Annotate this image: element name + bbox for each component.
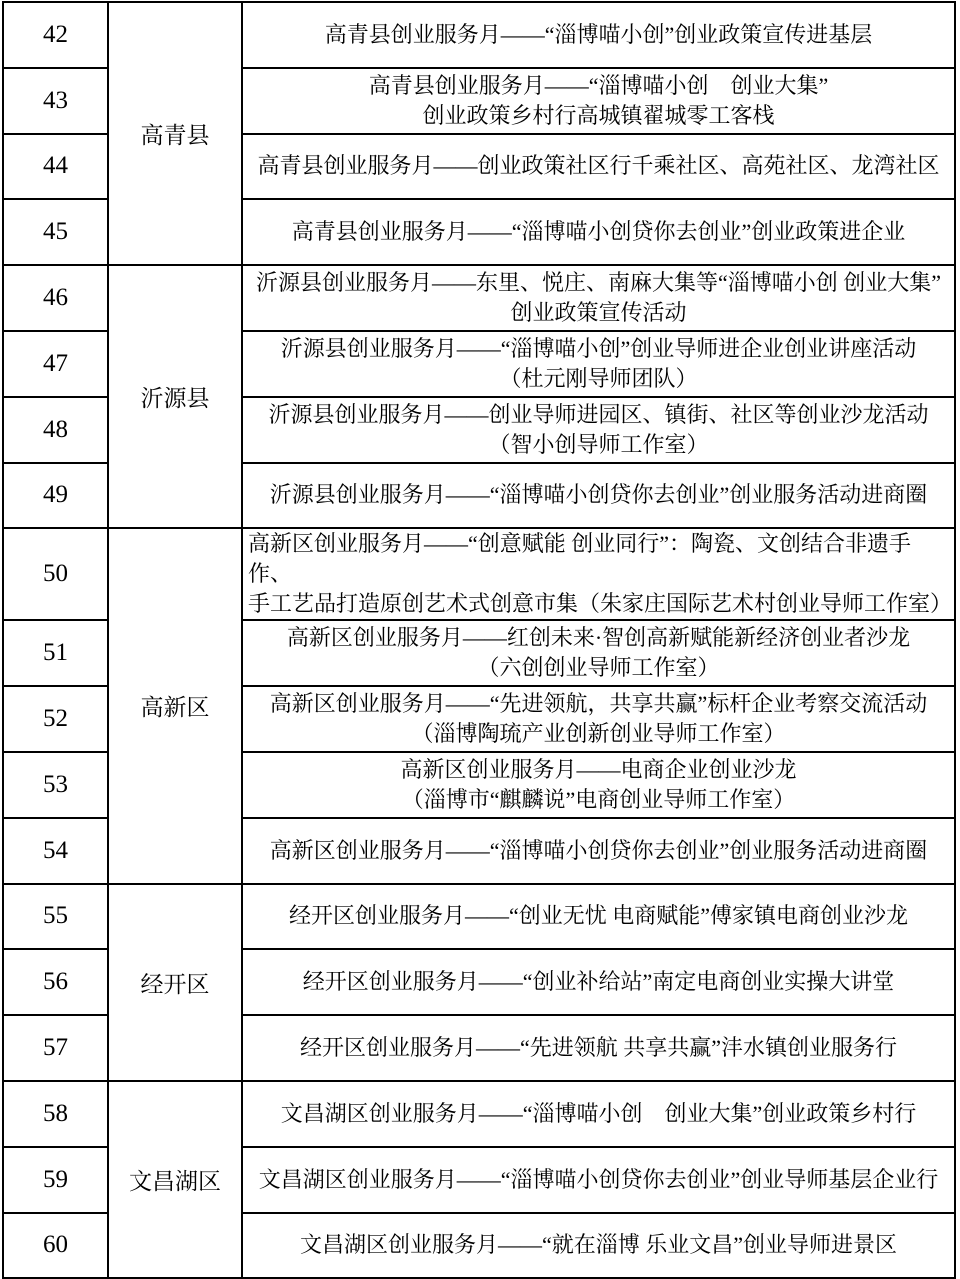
row-number: 55 xyxy=(3,884,108,950)
activity-cell: 高新区创业服务月——“创意赋能 创业同行”：陶瓷、文创结合非遗手作、 手工艺品打… xyxy=(242,528,955,620)
row-number: 47 xyxy=(3,331,108,397)
activity-cell: 经开区创业服务月——“创业无忧 电商赋能”傅家镇电商创业沙龙 xyxy=(242,884,955,950)
activity-cell: 经开区创业服务月——“创业补给站”南定电商创业实操大讲堂 xyxy=(242,949,955,1015)
row-number: 58 xyxy=(3,1081,108,1147)
activity-cell: 文昌湖区创业服务月——“就在淄博 乐业文昌”创业导师进景区 xyxy=(242,1213,955,1279)
activity-cell: 文昌湖区创业服务月——“淄博喵小创贷你去创业”创业导师基层企业行 xyxy=(242,1147,955,1213)
row-number: 57 xyxy=(3,1015,108,1081)
district-cell-yiyuan: 沂源县 xyxy=(108,265,242,528)
row-number: 43 xyxy=(3,68,108,134)
table-row: 50 高新区 高新区创业服务月——“创意赋能 创业同行”：陶瓷、文创结合非遗手作… xyxy=(3,528,955,620)
activity-cell: 沂源县创业服务月——东里、悦庄、南麻大集等“淄博喵小创 创业大集” 创业政策宣传… xyxy=(242,265,955,331)
activity-cell: 文昌湖区创业服务月——“淄博喵小创 创业大集”创业政策乡村行 xyxy=(242,1081,955,1147)
table-row: 42 高青县 高青县创业服务月——“淄博喵小创”创业政策宣传进基层 xyxy=(3,2,955,68)
activity-cell: 高新区创业服务月——“淄博喵小创贷你去创业”创业服务活动进商圈 xyxy=(242,818,955,884)
activity-cell: 沂源县创业服务月——创业导师进园区、镇街、社区等创业沙龙活动 （智小创导师工作室… xyxy=(242,397,955,463)
activity-cell: 高新区创业服务月——红创未来·智创高新赋能新经济创业者沙龙 （六创创业导师工作室… xyxy=(242,620,955,686)
activity-cell: 高青县创业服务月——“淄博喵小创”创业政策宣传进基层 xyxy=(242,2,955,68)
row-number: 60 xyxy=(3,1213,108,1279)
row-number: 49 xyxy=(3,463,108,529)
row-number: 56 xyxy=(3,949,108,1015)
row-number: 51 xyxy=(3,620,108,686)
district-cell-gaoxin: 高新区 xyxy=(108,528,242,883)
activities-table: 42 高青县 高青县创业服务月——“淄博喵小创”创业政策宣传进基层 43 高青县… xyxy=(2,1,956,1279)
activity-cell: 高青县创业服务月——创业政策社区行千乘社区、高苑社区、龙湾社区 xyxy=(242,134,955,200)
row-number: 54 xyxy=(3,818,108,884)
activity-cell: 高青县创业服务月——“淄博喵小创贷你去创业”创业政策进企业 xyxy=(242,199,955,265)
activity-cell: 沂源县创业服务月——“淄博喵小创贷你去创业”创业服务活动进商圈 xyxy=(242,463,955,529)
table-row: 58 文昌湖区 文昌湖区创业服务月——“淄博喵小创 创业大集”创业政策乡村行 xyxy=(3,1081,955,1147)
row-number: 46 xyxy=(3,265,108,331)
row-number: 44 xyxy=(3,134,108,200)
row-number: 59 xyxy=(3,1147,108,1213)
table-row: 55 经开区 经开区创业服务月——“创业无忧 电商赋能”傅家镇电商创业沙龙 xyxy=(3,884,955,950)
activity-cell: 高新区创业服务月——电商企业创业沙龙 （淄博市“麒麟说”电商创业导师工作室） xyxy=(242,752,955,818)
row-number: 45 xyxy=(3,199,108,265)
row-number: 52 xyxy=(3,686,108,752)
row-number: 53 xyxy=(3,752,108,818)
row-number: 50 xyxy=(3,528,108,620)
activity-cell: 高青县创业服务月——“淄博喵小创 创业大集” 创业政策乡村行高城镇翟城零工客栈 xyxy=(242,68,955,134)
activity-cell: 沂源县创业服务月——“淄博喵小创”创业导师进企业创业讲座活动 （杜元刚导师团队） xyxy=(242,331,955,397)
district-cell-wenchanghu: 文昌湖区 xyxy=(108,1081,242,1278)
activity-cell: 高新区创业服务月——“先进领航，共享共赢”标杆企业考察交流活动 （淄博陶琉产业创… xyxy=(242,686,955,752)
district-cell-jingkai: 经开区 xyxy=(108,884,242,1081)
activity-cell: 经开区创业服务月——“先进领航 共享共赢”沣水镇创业服务行 xyxy=(242,1015,955,1081)
row-number: 48 xyxy=(3,397,108,463)
row-number: 42 xyxy=(3,2,108,68)
table-row: 46 沂源县 沂源县创业服务月——东里、悦庄、南麻大集等“淄博喵小创 创业大集”… xyxy=(3,265,955,331)
district-cell-gaoqing: 高青县 xyxy=(108,2,242,265)
